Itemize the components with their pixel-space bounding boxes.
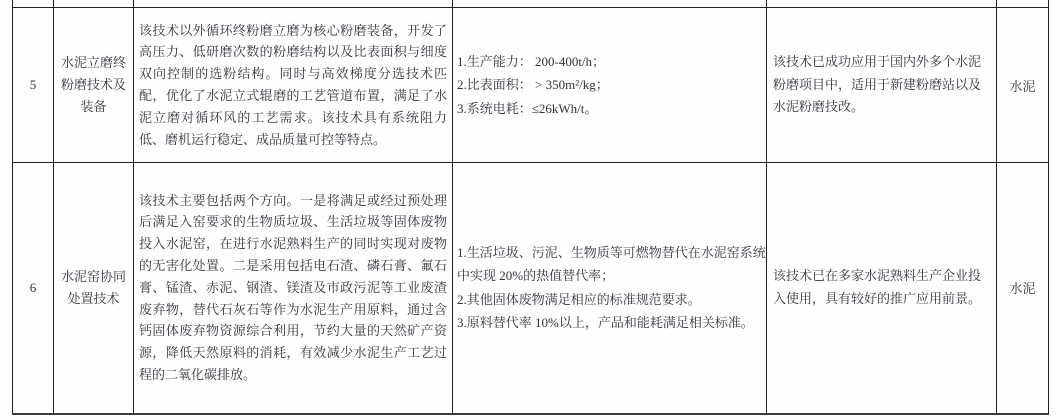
technology-table: 5 水泥立磨终粉磨技术及装备 该技术以外循环终粉磨立磨为核心粉磨装备，开发了高压…	[12, 0, 1049, 415]
indicator-item: 2.比表面积： > 350m²/kg；	[457, 73, 766, 96]
table-row: 6 水泥窑协同处置技术 该技术主要包括两个方向。一是将满足或经过预处理后满足入窑…	[13, 163, 1049, 414]
indicator-item: 3.原料替代率 10%以上，产品和能耗满足相关标准。	[457, 311, 766, 334]
technology-name: 水泥立磨终粉磨技术及装备	[54, 8, 134, 163]
indicator-item: 1.生产能力： 200-400t/h；	[457, 50, 766, 73]
partial-cell	[13, 0, 54, 8]
technology-description: 该技术主要包括两个方向。一是将满足或经过预处理后满足入窑要求的生物质垃圾、生活垃…	[134, 163, 453, 414]
technical-indicators: 1.生产能力： 200-400t/h； 2.比表面积： > 350m²/kg； …	[453, 8, 767, 163]
technical-indicators: 1.生活垃圾、污泥、生物质等可燃物替代在水泥窑系统中实现 20%的热值替代率； …	[453, 163, 767, 414]
table-row-partial	[13, 0, 1049, 8]
technology-description: 该技术以外循环终粉磨立磨为核心粉磨装备，开发了高压力、低研磨次数的粉磨结构以及比…	[134, 8, 453, 163]
table-row: 5 水泥立磨终粉磨技术及装备 该技术以外循环终粉磨立磨为核心粉磨装备，开发了高压…	[13, 8, 1049, 163]
partial-cell	[997, 0, 1049, 8]
row-number: 5	[13, 8, 54, 163]
partial-cell	[134, 0, 453, 8]
indicator-item: 2.其他固体废物满足相应的标准规范要求。	[457, 288, 766, 311]
category: 水泥	[997, 163, 1049, 414]
partial-cell	[54, 0, 134, 8]
indicator-item: 1.生活垃圾、污泥、生物质等可燃物替代在水泥窑系统中实现 20%的热值替代率；	[457, 241, 766, 288]
partial-cell	[453, 0, 767, 8]
application-status: 该技术已成功应用于国内外多个水泥粉磨项目中，适用于新建粉磨站以及水泥粉磨技改。	[767, 8, 997, 163]
category: 水泥	[997, 8, 1049, 163]
scanned-document-page: 5 水泥立磨终粉磨技术及装备 该技术以外循环终粉磨立磨为核心粉磨装备，开发了高压…	[0, 0, 1060, 420]
row-number: 6	[13, 163, 54, 414]
application-status: 该技术已在多家水泥熟料生产企业投入使用，具有较好的推广应用前景。	[767, 163, 997, 414]
indicator-item: 3.系统电耗：≤26kWh/t。	[457, 97, 766, 120]
technology-name: 水泥窑协同处置技术	[54, 163, 134, 414]
partial-cell	[767, 0, 997, 8]
